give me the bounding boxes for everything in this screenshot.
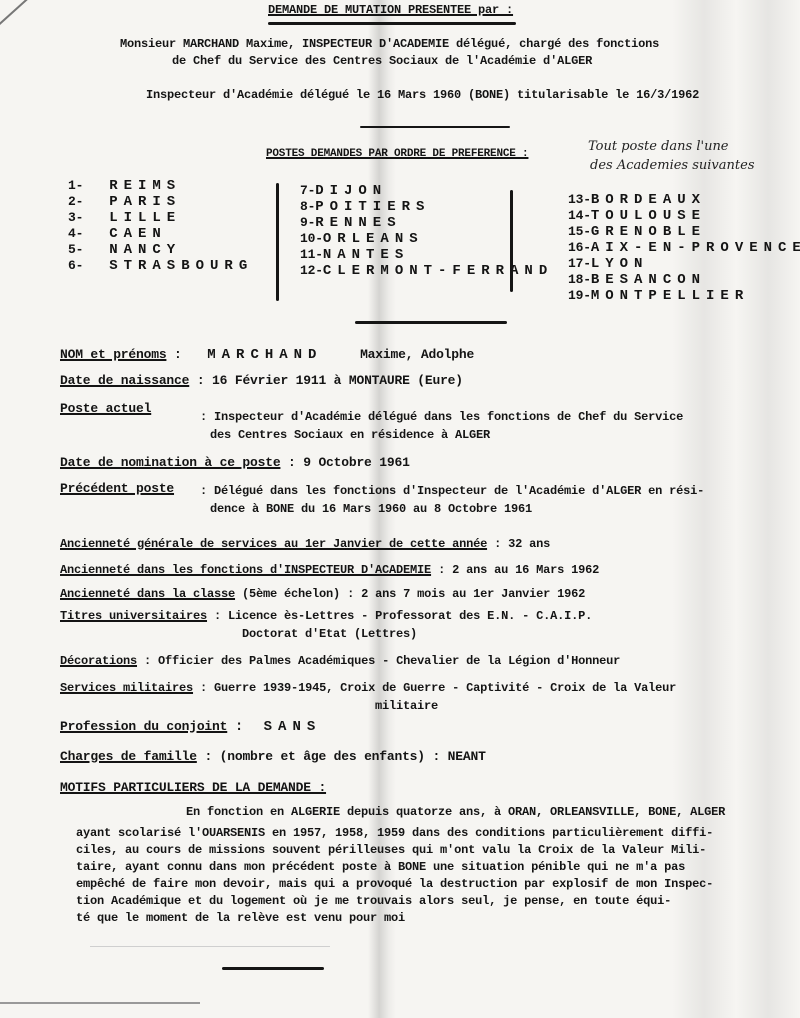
poste-actuel-label: Poste actuel	[60, 401, 151, 416]
nomination-label: Date de nomination à ce poste	[60, 455, 280, 470]
field-titres: Titres universitaires : Licence ès-Lettr…	[60, 609, 592, 623]
poste-number: 18-	[568, 272, 591, 287]
postes-heading: POSTES DEMANDES PAR ORDRE DE PREFERENCE …	[266, 148, 528, 160]
naissance-label: Date de naissance	[60, 373, 189, 388]
field-nomination: Date de nomination à ce poste : 9 Octobr…	[60, 455, 410, 470]
poste-actuel-value-1: : Inspecteur d'Académie délégué dans les…	[200, 410, 683, 424]
poste-name: BORDEAUX	[591, 192, 706, 208]
precedent-value-1: : Délégué dans les fonctions d'Inspecteu…	[200, 484, 704, 498]
poste-item: 1-REIMS	[68, 178, 181, 194]
decorations-label: Décorations	[60, 654, 137, 668]
poste-item: 10-ORLEANS	[300, 231, 424, 247]
motifs-line: tion Académique et du logement où je me …	[76, 894, 671, 908]
poste-number: 4-	[68, 226, 83, 241]
nom-first: Maxime, Adolphe	[360, 347, 474, 362]
decorations-value: : Officier des Palmes Académiques - Chev…	[144, 654, 620, 668]
poste-name: RENNES	[315, 215, 401, 231]
poste-name: NANCY	[109, 242, 181, 258]
poste-item: 6-STRASBOURG	[68, 258, 253, 274]
field-anc-generale: Ancienneté générale de services au 1er J…	[60, 537, 550, 551]
motifs-line: empêché de faire mon devoir, mais qui a …	[76, 877, 713, 891]
poste-name: REIMS	[109, 178, 181, 194]
scanned-document-page: DEMANDE DE MUTATION PRESENTEE par : Mons…	[0, 0, 800, 1018]
poste-number: 6-	[68, 258, 83, 273]
poste-name: AIX-EN-PROVENCE	[591, 240, 800, 256]
poste-item: 18-BESANCON	[568, 272, 706, 288]
poste-item: 15-GRENOBLE	[568, 224, 706, 240]
poste-name: LYON	[591, 256, 649, 272]
poste-name: TOULOUSE	[591, 208, 706, 224]
poste-name: ORLEANS	[323, 231, 424, 247]
anc-generale-value: : 32 ans	[494, 537, 550, 551]
poste-item: 19-MONTPELLIER	[568, 288, 749, 304]
poste-number: 5-	[68, 242, 83, 257]
field-anc-classe: Ancienneté dans la classe (5ème échelon)…	[60, 587, 585, 601]
title-underline	[268, 22, 516, 25]
poste-item: 11-NANTES	[300, 247, 409, 263]
poste-number: 12-	[300, 263, 323, 278]
field-militaires: Services militaires : Guerre 1939-1945, …	[60, 681, 676, 695]
profession-label: Profession du conjoint	[60, 719, 227, 734]
precedent-label: Précédent poste	[60, 481, 174, 496]
field-nom: NOM et prénoms : MARCHAND Maxime, Adolph…	[60, 347, 474, 363]
poste-item: 8-POITIERS	[300, 199, 430, 215]
poste-number: 9-	[300, 215, 315, 230]
poste-number: 11-	[300, 247, 323, 262]
poste-name: NANTES	[323, 247, 409, 263]
poste-number: 10-	[300, 231, 323, 246]
titres-value-1: : Licence ès-Lettres - Professorat des E…	[214, 609, 592, 623]
poste-name: CLERMONT-FERRAND	[323, 263, 553, 279]
poste-number: 16-	[568, 240, 591, 255]
poste-item: 17-LYON	[568, 256, 648, 272]
motifs-line: ayant scolarisé l'OUARSENIS en 1957, 195…	[76, 826, 713, 840]
applicant-line-1: Monsieur MARCHAND Maxime, INSPECTEUR D'A…	[120, 37, 659, 51]
field-decorations: Décorations : Officier des Palmes Académ…	[60, 654, 620, 668]
poste-name: CAEN	[109, 226, 167, 242]
titres-value-2: Doctorat d'Etat (Lettres)	[242, 627, 417, 641]
poste-number: 8-	[300, 199, 315, 214]
motifs-label: MOTIFS PARTICULIERS DE LA DEMANDE :	[60, 780, 326, 795]
column-divider-right	[510, 190, 513, 292]
militaires-value-2: militaire	[375, 699, 438, 713]
poste-name: LILLE	[109, 210, 181, 226]
titres-label: Titres universitaires	[60, 609, 207, 623]
anc-generale-label: Ancienneté générale de services au 1er J…	[60, 537, 487, 551]
motifs-line: taire, ayant connu dans mon précédent po…	[76, 860, 685, 874]
poste-name: STRASBOURG	[109, 258, 253, 274]
profession-value: : SANS	[235, 719, 321, 735]
handwritten-note-line-1: Tout poste dans l'une	[588, 139, 729, 154]
poste-item: 5-NANCY	[68, 242, 181, 258]
poste-item: 12-CLERMONT-FERRAND	[300, 263, 553, 279]
motifs-line: En fonction en ALGERIE depuis quatorze a…	[186, 805, 725, 819]
poste-name: POITIERS	[315, 199, 430, 215]
nomination-value: : 9 Octobre 1961	[288, 455, 410, 470]
precedent-value-2: dence à BONE du 16 Mars 1960 au 8 Octobr…	[210, 502, 532, 516]
anc-classe-value: : 2 ans 7 mois au 1er Janvier 1962	[347, 587, 585, 601]
column-divider-left	[276, 183, 279, 301]
poste-item: 14-TOULOUSE	[568, 208, 706, 224]
poste-number: 1-	[68, 178, 83, 193]
motifs-line: té que le moment de la relève est venu p…	[76, 911, 405, 925]
poste-number: 15-	[568, 224, 591, 239]
militaires-value-1: : Guerre 1939-1945, Croix de Guerre - Ca…	[200, 681, 676, 695]
applicant-line-2: de Chef du Service des Centres Sociaux d…	[172, 54, 592, 68]
columns-bottom-rule	[355, 321, 507, 324]
document-title: DEMANDE DE MUTATION PRESENTEE par :	[268, 3, 513, 17]
anc-classe-extra: (5ème échelon)	[242, 587, 340, 601]
poste-number: 7-	[300, 183, 315, 198]
poste-name: GRENOBLE	[591, 224, 706, 240]
poste-number: 13-	[568, 192, 591, 207]
naissance-value: : 16 Février 1911 à MONTAURE (Eure)	[197, 373, 463, 388]
pen-stroke-mark	[0, 0, 65, 30]
nom-last: MARCHAND	[207, 347, 322, 363]
bleed-through-line	[90, 946, 330, 947]
anc-classe-label: Ancienneté dans la classe	[60, 587, 235, 601]
anc-fonctions-label: Ancienneté dans les fonctions d'INSPECTE…	[60, 563, 431, 577]
poste-number: 14-	[568, 208, 591, 223]
field-charges: Charges de famille : (nombre et âge des …	[60, 749, 486, 764]
handwritten-note-line-2: des Academies suivantes	[590, 158, 755, 173]
field-profession: Profession du conjoint : SANS	[60, 719, 321, 735]
field-naissance: Date de naissance : 16 Février 1911 à MO…	[60, 373, 463, 388]
motifs-line: ciles, au cours de missions souvent péri…	[76, 843, 706, 857]
bottom-rule	[222, 967, 324, 970]
poste-name: BESANCON	[591, 272, 706, 288]
poste-number: 17-	[568, 256, 591, 271]
anc-fonctions-value: : 2 ans au 16 Mars 1962	[438, 563, 599, 577]
charges-label: Charges de famille	[60, 749, 197, 764]
poste-name: DIJON	[315, 183, 387, 199]
nom-label: NOM et prénoms	[60, 347, 166, 362]
poste-name: MONTPELLIER	[591, 288, 749, 304]
poste-actuel-value-2: des Centres Sociaux en résidence à ALGER	[210, 428, 490, 442]
poste-item: 16-AIX-EN-PROVENCE	[568, 240, 800, 256]
poste-item: 13-BORDEAUX	[568, 192, 706, 208]
poste-item: 9-RENNES	[300, 215, 402, 231]
poste-item: 4-CAEN	[68, 226, 167, 242]
militaires-label: Services militaires	[60, 681, 193, 695]
poste-item: 3-LILLE	[68, 210, 181, 226]
field-anc-fonctions: Ancienneté dans les fonctions d'INSPECTE…	[60, 563, 599, 577]
poste-name: PARIS	[109, 194, 181, 210]
poste-number: 3-	[68, 210, 83, 225]
poste-number: 19-	[568, 288, 591, 303]
scan-edge-mark	[0, 1002, 200, 1004]
poste-item: 7-DIJON	[300, 183, 387, 199]
charges-value: : (nombre et âge des enfants) : NEANT	[204, 749, 485, 764]
poste-item: 2-PARIS	[68, 194, 181, 210]
separator-rule	[360, 126, 510, 128]
poste-number: 2-	[68, 194, 83, 209]
status-line: Inspecteur d'Académie délégué le 16 Mars…	[146, 88, 699, 102]
